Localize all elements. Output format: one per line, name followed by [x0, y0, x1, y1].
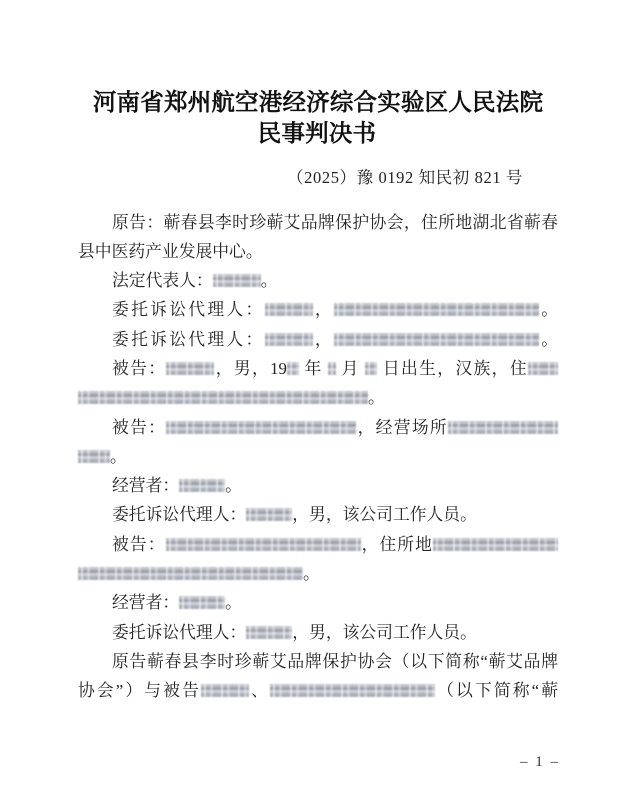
agent-line: 委托诉讼代理人：，。	[78, 295, 558, 324]
text-segment: 、	[249, 681, 270, 700]
text-segment: 被告：	[112, 535, 166, 554]
text-segment: 法定代表人：	[112, 271, 213, 290]
text-segment: 日出生，汉族，住	[377, 359, 528, 378]
defendant-address-line: 。	[78, 442, 558, 471]
document-type-title: 民事判决书	[1, 118, 632, 148]
agent-line: 委托诉讼代理人：，男，该公司工作人员。	[78, 618, 558, 647]
text-segment: ，男，该公司工作人员。	[292, 623, 477, 642]
redacted-text	[179, 596, 225, 609]
redacted-text	[179, 479, 225, 492]
redacted-text	[78, 567, 303, 580]
redacted-text	[448, 421, 558, 434]
text-segment: ，	[313, 330, 334, 349]
redacted-text	[246, 626, 292, 639]
text-segment: ，	[313, 300, 334, 319]
text-segment: ，经营场所	[356, 418, 448, 437]
text-segment: 月	[336, 359, 365, 378]
judgment-body: 原告：蕲春县李时珍蕲艾品牌保护协会，住所地湖北省蕲春 县中医药产业发展中心。 法…	[78, 208, 558, 706]
defendant-address-line: 。	[78, 559, 558, 588]
plaintiff-line: 原告：蕲春县李时珍蕲艾品牌保护协会，住所地湖北省蕲春	[78, 208, 558, 237]
defendant-line: 被告：，住所地	[78, 530, 558, 559]
legal-representative-line: 法定代表人：。	[78, 266, 558, 295]
text-segment: 委托诉讼代理人：	[112, 300, 265, 319]
text-segment: 。	[539, 300, 558, 319]
text-segment: 。	[225, 593, 242, 612]
redacted-text	[166, 421, 356, 434]
operator-line: 经营者：。	[78, 471, 558, 500]
plaintiff-address-line: 县中医药产业发展中心。	[78, 237, 558, 266]
case-summary-line: 协会”）与被告、（以下简称“蕲	[78, 676, 558, 705]
text-segment: 委托诉讼代理人：	[112, 330, 265, 349]
text-segment: 经营者：	[112, 476, 179, 495]
operator-line: 经营者：。	[78, 588, 558, 617]
text-segment: 原告：蕲春县李时珍蕲艾品牌保护协会，住所地湖北省蕲春	[112, 213, 558, 232]
defendant-line: 被告：，男，19 年 月 日出生，汉族，住	[78, 354, 558, 383]
text-segment: 年	[299, 359, 328, 378]
text-segment: 被告：	[112, 359, 166, 378]
text-segment: 委托诉讼代理人：	[112, 623, 246, 642]
redacted-text	[213, 274, 261, 287]
text-segment: 。	[303, 564, 320, 583]
redacted-text	[328, 362, 336, 375]
text-segment: 。	[110, 447, 127, 466]
redacted-text	[365, 362, 377, 375]
text-segment: 。	[368, 388, 385, 407]
defendant-line: 被告：，经营场所	[78, 413, 558, 442]
redacted-text	[201, 684, 249, 697]
agent-line: 委托诉讼代理人：，。	[78, 325, 558, 354]
case-number: （2025）豫 0192 知民初 821 号	[287, 166, 523, 190]
text-segment: （以下简称“蕲	[435, 681, 558, 700]
page-number: – 1 –	[500, 751, 580, 773]
redacted-text	[166, 538, 361, 551]
text-segment: 。	[225, 476, 242, 495]
text-segment: 委托诉讼代理人：	[112, 505, 246, 524]
redacted-text	[265, 303, 313, 316]
case-summary-line: 原告蕲春县李时珍蕲艾品牌保护协会（以下简称“蕲艾品牌	[78, 647, 558, 676]
redacted-text	[334, 333, 539, 346]
text-segment: 原告蕲春县李时珍蕲艾品牌保护协会（以下简称“蕲艾品牌	[112, 652, 558, 671]
redacted-text	[166, 362, 214, 375]
redacted-text	[433, 538, 558, 551]
redacted-text	[287, 362, 299, 375]
text-segment: ，男，19	[214, 359, 287, 378]
court-name-title: 河南省郑州航空港经济综合实验区人民法院	[2, 87, 632, 117]
redacted-text	[78, 450, 110, 463]
redacted-text	[528, 362, 558, 375]
text-segment: 经营者：	[112, 593, 179, 612]
text-segment: 被告：	[112, 418, 166, 437]
text-segment: ，男，该公司工作人员。	[292, 505, 477, 524]
text-segment: 县中医药产业发展中心。	[78, 242, 263, 261]
redacted-text	[78, 391, 368, 404]
defendant-address-line: 。	[78, 383, 558, 412]
agent-line: 委托诉讼代理人：，男，该公司工作人员。	[78, 500, 558, 529]
redacted-text	[270, 684, 435, 697]
redacted-text	[246, 508, 292, 521]
text-segment: ，住所地	[361, 535, 433, 554]
judgment-page: 河南省郑州航空港经济综合实验区人民法院 民事判决书 （2025）豫 0192 知…	[0, 0, 632, 798]
text-segment: 。	[539, 330, 558, 349]
redacted-text	[265, 333, 313, 346]
text-segment: 协会”）与被告	[78, 681, 201, 700]
redacted-text	[334, 303, 539, 316]
text-segment: 。	[261, 271, 278, 290]
